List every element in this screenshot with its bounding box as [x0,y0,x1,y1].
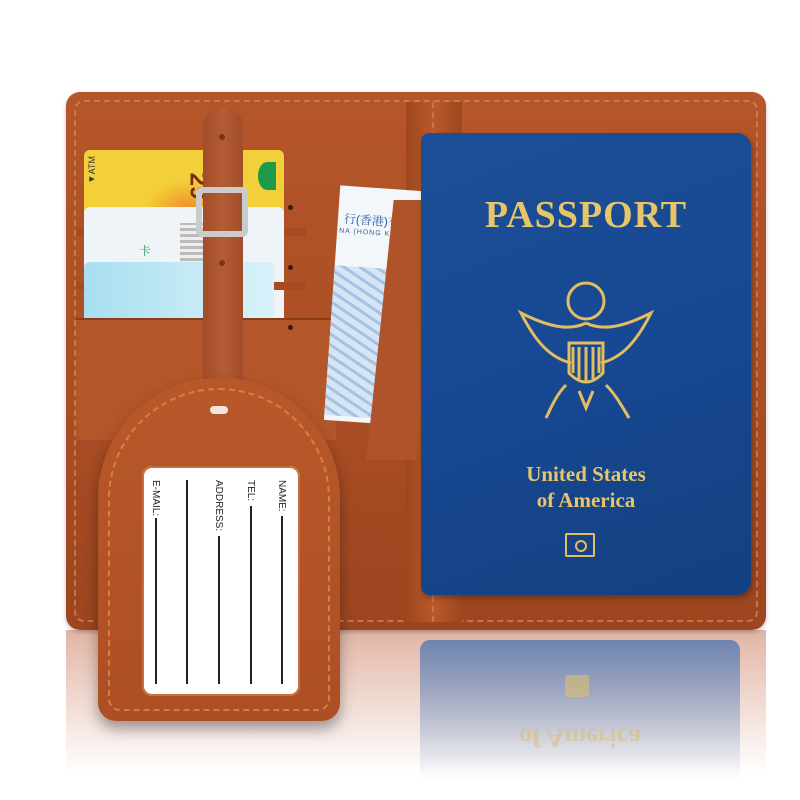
field-address: ADDRESS: [213,480,229,684]
write-line [218,536,220,684]
write-line [186,480,188,684]
country-line-1: United States [421,461,751,487]
write-line [250,506,252,684]
field-label: ADDRESS: [213,480,224,531]
field-tel: TEL: [245,480,261,684]
buckle-icon[interactable] [196,187,248,237]
field-email: E-MAIL: [150,480,166,684]
chip-reflection-icon [565,675,589,697]
field-label: NAME: [276,480,287,512]
product-photo: of America ◄ATM 29 卡 卡 行(香港)有 NA (HONG K… [0,0,800,800]
write-line [281,516,283,684]
address-card: NAME: TEL: ADDRESS: E-MAIL: [142,466,300,696]
us-passport: PASSPORT United States of America [421,133,751,595]
field-blank [181,480,197,684]
field-label: TEL: [245,480,256,501]
field-label: E-MAIL: [150,480,161,516]
bank-logo-icon [258,162,276,190]
luggage-tag: NAME: TEL: ADDRESS: E-MAIL: [98,378,340,721]
strap-hole [219,134,225,140]
country-name: United States of America [421,461,751,513]
write-line [155,518,157,684]
strap-hole [219,260,225,266]
card-mark: 卡 [139,242,151,259]
country-line-2: of America [421,487,751,513]
tag-strap[interactable] [203,108,243,423]
stitch-holes [288,205,293,385]
strap-slot [210,406,228,414]
passport-title: PASSPORT [421,193,751,237]
atm-label: ◄ATM [87,156,97,184]
eagle-seal-icon [511,273,661,423]
biometric-chip-icon [565,533,595,557]
field-name: NAME: [276,480,292,684]
passport-reflection: of America [420,640,740,780]
reflected-country-text: of America [420,722,740,752]
